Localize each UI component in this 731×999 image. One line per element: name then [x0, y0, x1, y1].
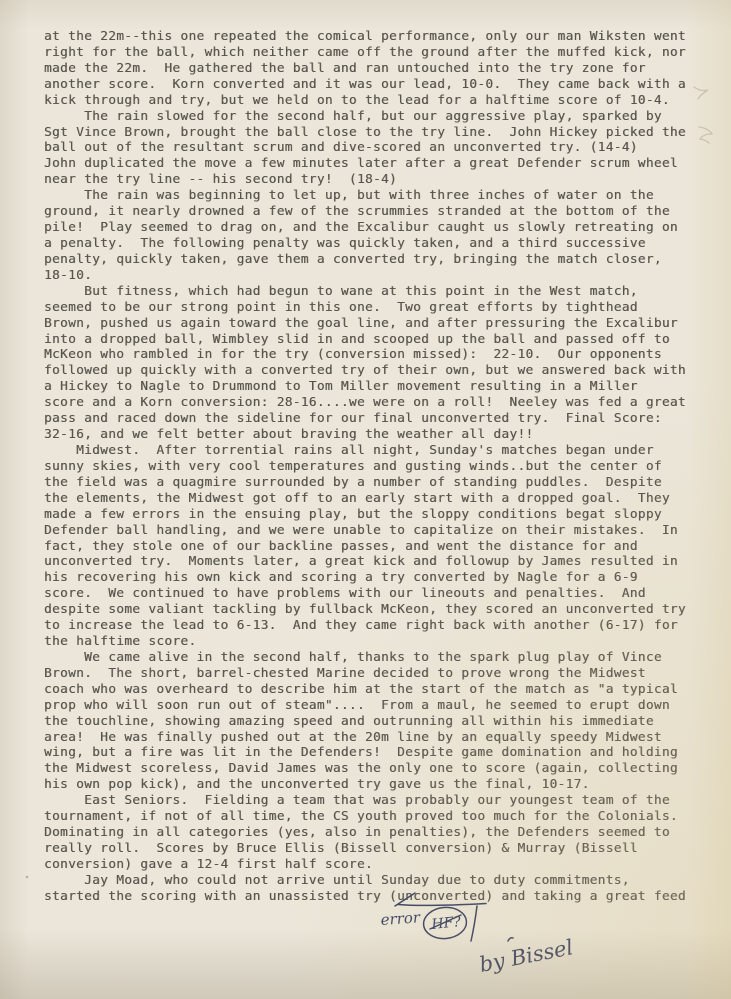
signature-i-accent: [508, 938, 513, 941]
typed-line: wing, but a fire was lit in the Defender…: [44, 745, 694, 761]
typed-line: kick through and try, but we held on to …: [44, 93, 694, 109]
circle-mark: [422, 906, 468, 941]
typed-line: area! He was finally pushed out at the 2…: [44, 730, 694, 746]
typed-line: penalty, quickly taken, gave them a conv…: [44, 252, 694, 268]
typed-line: fact, they stole one of our backline pas…: [44, 539, 694, 555]
typed-line: unconverted try. Moments later, a great …: [44, 554, 694, 570]
typed-line: Midwest. After torrential rains all nigh…: [44, 443, 694, 459]
typed-line: prop who will soon run out of steam"....…: [44, 698, 694, 714]
typed-line: despite some valiant tackling by fullbac…: [44, 602, 694, 618]
typed-line: score and a Korn conversion: 28-16....we…: [44, 395, 694, 411]
typewritten-page: at the 22m--this one repeated the comica…: [0, 0, 731, 999]
typed-line: a Hickey to Nagle to Drummond to Tom Mil…: [44, 379, 694, 395]
typed-line: John duplicated the move a few minutes l…: [44, 156, 694, 172]
typed-line: coach who was overheard to describe him …: [44, 682, 694, 698]
typed-line: score. We continued to have problems wit…: [44, 586, 694, 602]
typed-line: right for the ball, which neither came o…: [44, 45, 694, 61]
typed-line: at the 22m--this one repeated the comica…: [44, 29, 694, 45]
typed-line: The rain was beginning to let up, but wi…: [44, 188, 694, 204]
typed-line: But fitness, which had begun to wane at …: [44, 284, 694, 300]
circled-text: HF?: [430, 914, 462, 933]
typed-line: Defender ball handling, and we were unab…: [44, 523, 694, 539]
typed-line: conversion) gave a 12-4 first half score…: [44, 857, 694, 873]
typed-line: his own pop kick), and the unconverted t…: [44, 777, 694, 793]
typed-line: Brown, pushed us again toward the goal l…: [44, 316, 694, 332]
typed-line: Sgt Vince Brown, brought the ball close …: [44, 125, 694, 141]
typed-line: pass and raced down the sideline for our…: [44, 411, 694, 427]
typed-line: really roll. Scores by Bruce Ellis (Biss…: [44, 841, 694, 857]
stray-ink-dot: [26, 876, 29, 879]
tick-mark: [471, 906, 477, 941]
typed-line: seemed to be our strong point in this on…: [44, 300, 694, 316]
typed-line: to increase the lead to 6-13. And they c…: [44, 618, 694, 634]
handwritten-error-note: error: [380, 908, 421, 929]
typed-line: made the 22m. He gathered the ball and r…: [44, 61, 694, 77]
typed-line: ball out of the resultant scrum and dive…: [44, 140, 694, 156]
typed-line: the touchline, showing amazing speed and…: [44, 714, 694, 730]
typed-line: 18-10.: [44, 268, 694, 284]
typed-line: We came alive in the second half, thanks…: [44, 650, 694, 666]
pencil-smudge-mark: [699, 127, 712, 143]
typed-line: sunny skies, with very cool temperatures…: [44, 459, 694, 475]
typed-text-block: at the 22m--this one repeated the comica…: [44, 29, 694, 905]
typed-line: ground, it nearly drowned a few of the s…: [44, 204, 694, 220]
typed-line: the Midwest scoreless, David James was t…: [44, 761, 694, 777]
typed-line: into a dropped ball, Wimbley slid in and…: [44, 332, 694, 348]
typed-line: his recovering his own kick and scoring …: [44, 570, 694, 586]
strike-inside-circle: [430, 915, 461, 929]
typed-line: near the try line -- his second try! (18…: [44, 172, 694, 188]
typed-line: the field was a quagmire surrounded by a…: [44, 475, 694, 491]
handwritten-signature: by Bissel: [477, 935, 575, 977]
typed-line: pile! Play seemed to drag on, and the Ex…: [44, 220, 694, 236]
typed-line: 32-16, and we felt better about braving …: [44, 427, 694, 443]
typed-line: Jay Moad, who could not arrive until Sun…: [44, 873, 694, 889]
typed-line: The rain slowed for the second half, but…: [44, 109, 694, 125]
typed-line: followed up quickly with a converted try…: [44, 363, 694, 379]
typed-line: East Seniors. Fielding a team that was p…: [44, 793, 694, 809]
typed-line: made a few errors in the ensuing play, b…: [44, 507, 694, 523]
pencil-smudge-mark: [694, 87, 708, 99]
typed-line: Dominating in all categories (yes, also …: [44, 825, 694, 841]
typed-line: started the scoring with an unassisted t…: [44, 889, 694, 905]
typed-line: another score. Korn converted and it was…: [44, 77, 694, 93]
typed-line: Brown. The short, barrel-chested Marine …: [44, 666, 694, 682]
typed-line: tournament, if not of all time, the CS y…: [44, 809, 694, 825]
typed-line: the elements, the Midwest got off to an …: [44, 491, 694, 507]
typed-line: McKeon who rambled in for the try (conve…: [44, 347, 694, 363]
typed-line: the halftime score.: [44, 634, 694, 650]
typed-line: a penalty. The following penalty was qui…: [44, 236, 694, 252]
